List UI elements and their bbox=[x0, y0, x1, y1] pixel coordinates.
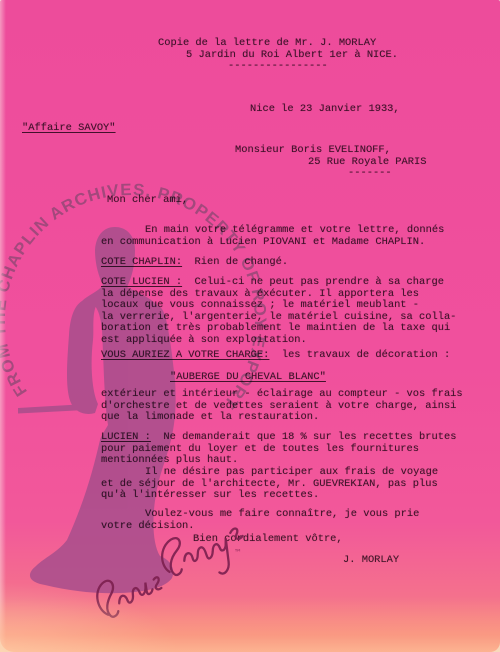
scanned-letter-page: FROM THE CHAPLIN ARCHIVES. PROPERTY OF R… bbox=[0, 0, 500, 652]
charlie-chaplin-signature bbox=[86, 516, 253, 620]
signature-layer bbox=[0, 0, 500, 652]
trademark-symbol: ™ bbox=[234, 548, 242, 557]
